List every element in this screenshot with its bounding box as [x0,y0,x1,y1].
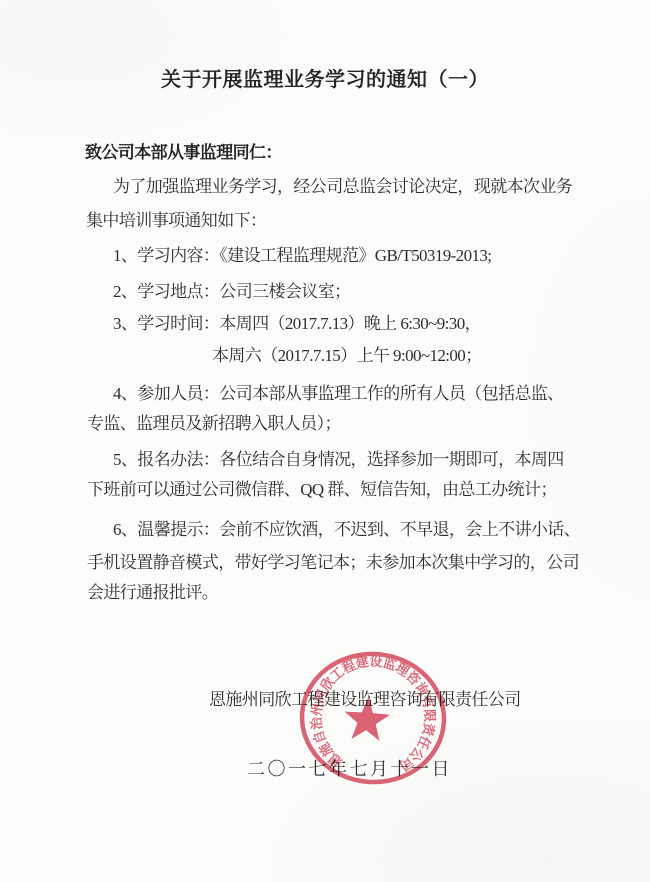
item-3-time-line-1: 3、学习时间：本周四（2017.7.13）晚上 6:30~9:30， [113,309,481,334]
item-6-tips-line-1: 6、温馨提示：会前不应饮酒，不迟到、不早退，会上不讲小话、 [113,515,580,540]
item-1-content: 1、学习内容：《建设工程监理规范》GB/T50319-2013; [113,241,491,266]
item-3-time-line-2: 本周六（2017.7.15）上午 9:00~12:00； [212,341,482,366]
scanned-notice-page: 关于开展监理业务学习的通知（一） 致公司本部从事监理同仁： 为了加强监理业务学习… [0,0,650,882]
intro-line-1: 为了加强监理业务学习，经公司总监会讨论决定，现就本次业务 [113,172,572,197]
item-5-signup-line-2: 下班前可以通过公司微信群、QQ 群、短信告知，由总工办统计； [87,475,557,500]
item-4-attendees-line-2: 专监、监理员及新招聘入职人员）； [87,409,341,434]
seal-star-icon [343,695,392,741]
intro-line-2: 集中培训事项通知如下： [86,206,266,231]
item-4-attendees-line-1: 4、参加人员：公司本部从事监理工作的所有人员（包括总监、 [113,379,564,404]
company-seal-stamp: 恩施自治州同欣工程建设监理咨询有限责任公司 [266,611,479,824]
notice-title: 关于开展监理业务学习的通知（一） [0,63,650,92]
salutation: 致公司本部从事监理同仁： [85,138,282,163]
item-6-tips-line-2: 手机设置静音模式，带好学习笔记本；未参加本次集中学习的，公司 [87,548,579,573]
item-6-tips-line-3: 会进行通报批评。 [87,578,218,603]
item-2-location: 2、学习地点：公司三楼会议室； [113,277,351,302]
item-5-signup-line-1: 5、报名办法：各位结合自身情况，选择参加一期即可，本周四 [113,445,564,470]
